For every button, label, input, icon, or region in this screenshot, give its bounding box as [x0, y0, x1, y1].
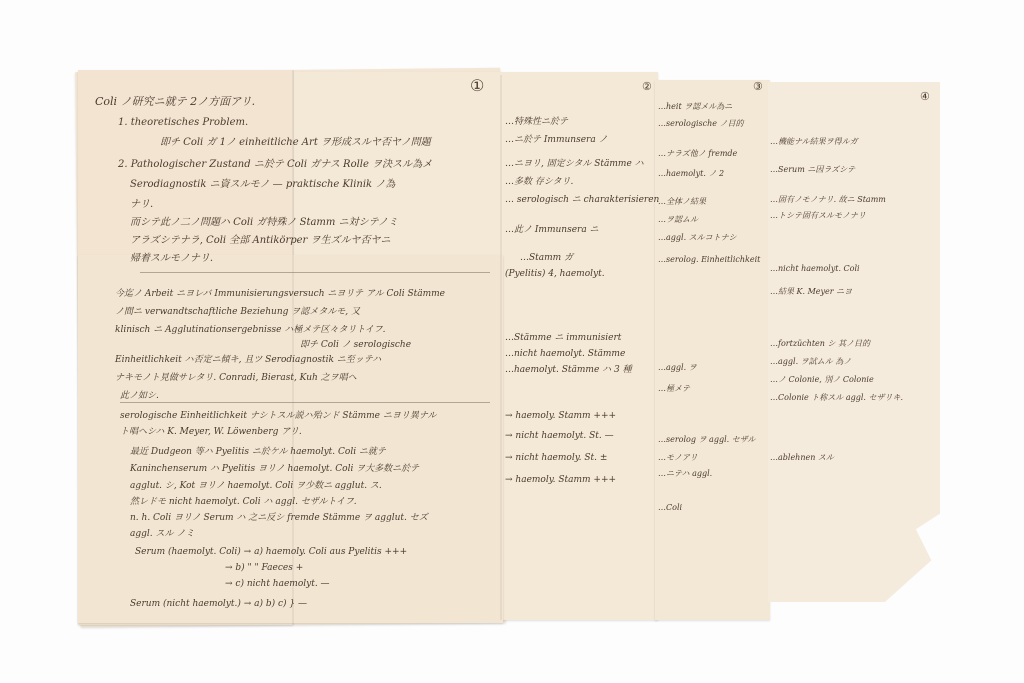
page3-line: …全体ノ結果: [658, 198, 706, 206]
page2-line: → nicht haemoly. St. ±: [505, 454, 607, 463]
page4-line: …fortzüchten シ 其ノ目的: [770, 340, 870, 348]
page1-line: ノ間ニ verwandtschaftliche Beziehung ヲ認メタルモ…: [115, 308, 360, 317]
fold-line: [500, 75, 502, 620]
page2-line: → haemoly. Stamm +++: [505, 412, 616, 421]
page2-line: …haemolyt. Stämme ハ 3 種: [505, 366, 632, 375]
page2-line: …多数 存シタリ.: [505, 178, 573, 187]
page3-line: …ニテハ aggl.: [658, 470, 712, 478]
page1-line: 此ノ如シ.: [120, 392, 159, 401]
page3-line: …aggl. ヲ: [658, 364, 697, 372]
page1-line: → c) nicht haemolyt. —: [225, 580, 330, 589]
page2-line: …ニ於テ Immunsera ノ: [505, 136, 608, 145]
page4-line: …機能ナル結果ヲ得ルガ: [770, 138, 858, 146]
page1-line: 1. theoretisches Problem.: [118, 118, 248, 128]
manuscript-page-3: [655, 80, 770, 620]
page3-line: …serolog ヲ aggl. セザル: [658, 436, 755, 444]
page1-line: serologische Einheitlichkeit ナシトスル説ハ殆ンド …: [120, 412, 436, 421]
page1-line: ト唱ヘシハ K. Meyer, W. Löwenberg アリ.: [120, 428, 302, 437]
fold-line: [292, 70, 294, 625]
page1-line: Serodiagnostik ニ資スルモノ — praktische Klini…: [130, 180, 395, 190]
page3-line: …極メテ: [658, 385, 690, 393]
page1-line: ナキモノト見做サレタリ. Conradi, Bierast, Kuh 之ヲ唱ヘ: [115, 374, 357, 383]
page4-line: …aggl. ヲ試ムル 為ノ: [770, 358, 851, 366]
page3-line: …serologische ノ目的: [658, 120, 744, 128]
page2-line: (Pyelitis) 4, haemolyt.: [505, 270, 605, 279]
page1-line: → b) " " Faeces +: [225, 564, 303, 573]
page4-line: …トシテ固有スルモノナリ: [770, 212, 866, 220]
page3-line: …ナラズ他ノ fremde: [658, 150, 737, 158]
page2-line: … serologisch ニ charakterisieren: [505, 196, 659, 205]
page3-line: …haemolyt. ノ 2: [658, 170, 724, 178]
page2-line: → haemoly. Stamm +++: [505, 476, 616, 485]
page1-line: 然レドモ nicht haemolyt. Coli ハ aggl. セザルトイフ…: [130, 498, 357, 507]
page1-line: 2. Pathologischer Zustand ニ於テ Coli ガナス R…: [118, 160, 432, 170]
page4-line: …結果 K. Meyer ニヨ: [770, 288, 852, 296]
page1-line: 帰着スルモノナリ.: [130, 254, 213, 264]
page3-line: …Coli: [658, 504, 682, 512]
page4-line: …ノ Colonie, 別ノ Colonie: [770, 376, 874, 384]
page4-line: …Serum ニ因ラズシテ: [770, 166, 855, 174]
page3-line: …heit ヲ認メル為ニ: [658, 103, 732, 111]
page2-line: …Stamm ガ: [520, 254, 573, 263]
page-number-3: ③: [753, 80, 763, 93]
page4-line: …固有ノモノナリ. 故ニ Stamm: [770, 196, 886, 204]
page-number-1: ①: [470, 76, 484, 95]
page1-line: Serum (haemolyt. Coli) → a) haemoly. Col…: [135, 548, 407, 557]
page2-line: …nicht haemolyt. Stämme: [505, 350, 625, 359]
page1-line: ナリ.: [130, 200, 153, 210]
page2-line: …Stämme ニ immunisiert: [505, 334, 621, 343]
page1-line: aggl. スル ノミ: [130, 530, 194, 539]
page3-line: …serolog. Einheitlichkeit: [658, 256, 760, 264]
page1-line: klinisch ニ Agglutinationsergebnisse ハ極メテ…: [115, 326, 385, 335]
page-number-4: ④: [920, 90, 930, 103]
page1-line: Coli ノ研究ニ就テ 2ノ方面アリ.: [95, 96, 255, 107]
page2-line: …此ノ Immunsera ニ: [505, 226, 599, 235]
divider-line: [140, 272, 490, 273]
page1-line: 最近 Dudgeon 等ハ Pyelitis ニ於ケル haemolyt. Co…: [130, 448, 386, 457]
page1-line: 即チ Coli ガ 1ノ einheitliche Art ヲ形成スルヤ否ヤノ問…: [160, 138, 431, 148]
page1-line: アラズシテナラ, Coli 全部 Antikörper ヲ生ズルヤ否ヤニ: [130, 236, 391, 246]
page3-line: …モノアリ: [658, 454, 698, 462]
page2-line: → nicht haemolyt. St. —: [505, 432, 614, 441]
page3-line: …aggl. スルコトナシ: [658, 234, 737, 242]
page1-line: Serum (nicht haemolyt.) → a) b) c) } —: [130, 600, 307, 609]
page1-line: 而シテ此ノ二ノ問題ハ Coli ガ特殊ノ Stamm ニ対シテノミ: [130, 218, 398, 228]
page-number-2: ②: [642, 80, 652, 93]
page1-line: 即チ Coli ノ serologische: [300, 341, 411, 350]
page1-line: 今迄ノ Arbeit ニヨレバ Immunisierungsversuch ニヨ…: [115, 290, 445, 299]
page2-line: …特殊性ニ於テ: [505, 118, 568, 127]
page3-line: …ヲ認ムル: [658, 216, 698, 224]
page4-line: …Colonie ト称スル aggl. セザリキ.: [770, 394, 903, 402]
page2-line: …ニヨリ, 固定シタル Stämme ハ: [505, 160, 644, 169]
divider-line: [120, 402, 490, 403]
page4-line: …nicht haemolyt. Coli: [770, 265, 860, 273]
page1-line: n. h. Coli ヨリノ Serum ハ 之ニ反シ fremde Stämm…: [130, 514, 428, 523]
page1-line: Einheitlichkeit ハ否定ニ傾キ, 且ツ Serodiagnosti…: [115, 356, 381, 365]
page4-line: …ablehnen スル: [770, 454, 834, 462]
page1-line: Kaninchenserum ハ Pyelitis ヨリノ haemolyt. …: [130, 465, 419, 474]
page1-line: agglut. シ, Kot ヨリノ haemolyt. Coli ヲ少数ニ a…: [130, 482, 382, 491]
